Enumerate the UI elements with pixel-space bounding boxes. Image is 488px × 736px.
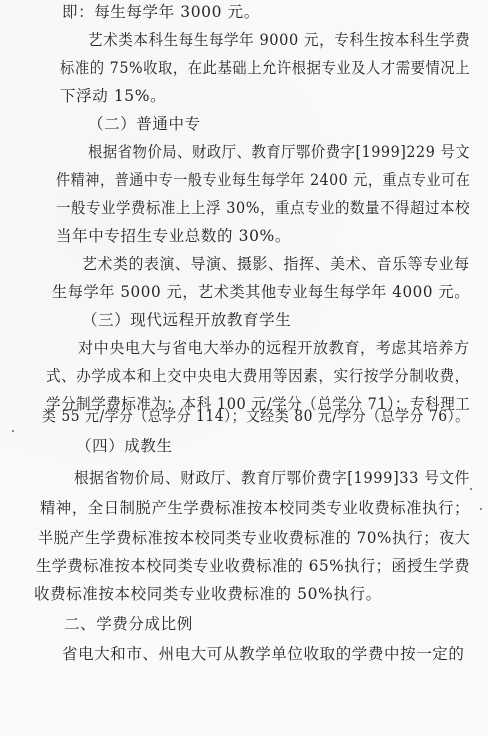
scan-speck (480, 508, 482, 510)
text-line: 艺术类本科生每生每学年 9000 元，专科生按本科生学费 (88, 30, 470, 50)
text-line: 生每学年 5000 元，艺术类其他专业每生每学年 4000 元。 (52, 282, 470, 302)
text-line: 半脱产生学费标准按本校同类专业收费标准的 70%执行；夜大 (38, 528, 470, 548)
text-line: 一般专业学费标准上上浮 30%，重点专业的数量不得超过本校 (56, 198, 470, 218)
text-line: 精神，全日制脱产生学费标准按本校同类专业收费标准执行； (40, 498, 470, 518)
text-line: 生学费标准按本校同类专业收费标准的 65%执行；函授生学费 (36, 556, 470, 576)
scan-speck (470, 488, 472, 490)
text-line: 省电大和市、州电大可从教学单位收取的学费中按一定的 (62, 644, 465, 664)
scanned-document-page: 即：每生每学年 3000 元。 艺术类本科生每生每学年 9000 元，专科生按本… (0, 0, 488, 736)
text-line: 根据省物价局、财政厅、教育厅鄂价费字[1999]33 号文件 (74, 468, 470, 488)
text-line: 对中央电大与省电大举办的远程开放教育，考虑其培养方 (78, 338, 470, 358)
section-heading: 二、学费分成比例 (64, 614, 193, 634)
text-line: 式、办学成本和上交中央电大费用等因素，实行按学分制收费， (46, 366, 470, 386)
text-line: 根据省物价局、财政厅、教育厅鄂价费字[1999]229 号文 (88, 142, 470, 162)
text-line: 下浮动 15%。 (60, 86, 166, 106)
text-line: 件精神，普通中专一般专业每生每学年 2400 元，重点专业可在 (56, 170, 470, 190)
scan-speck (12, 430, 14, 432)
section-heading: （三）现代远程开放教育学生 (82, 310, 291, 330)
text-line: 收费标准按本校同类专业收费标准的 50%执行。 (34, 584, 382, 604)
text-line: 当年中专招生专业总数的 30%。 (56, 226, 291, 246)
text-line: 即：每生每学年 3000 元。 (62, 2, 260, 22)
section-heading: （四）成教生 (76, 436, 173, 456)
text-line: 类 55 元/学分（总学分 114）；文经类 80 元/学分（总学分 76）。 (42, 406, 470, 426)
section-heading: （二）普通中专 (88, 114, 201, 134)
text-line: 标准的 75%收取，在此基础上允许根据专业及人才需要情况上 (60, 58, 470, 78)
text-line: 艺术类的表演、导演、摄影、指挥、美术、音乐等专业每 (82, 254, 470, 274)
